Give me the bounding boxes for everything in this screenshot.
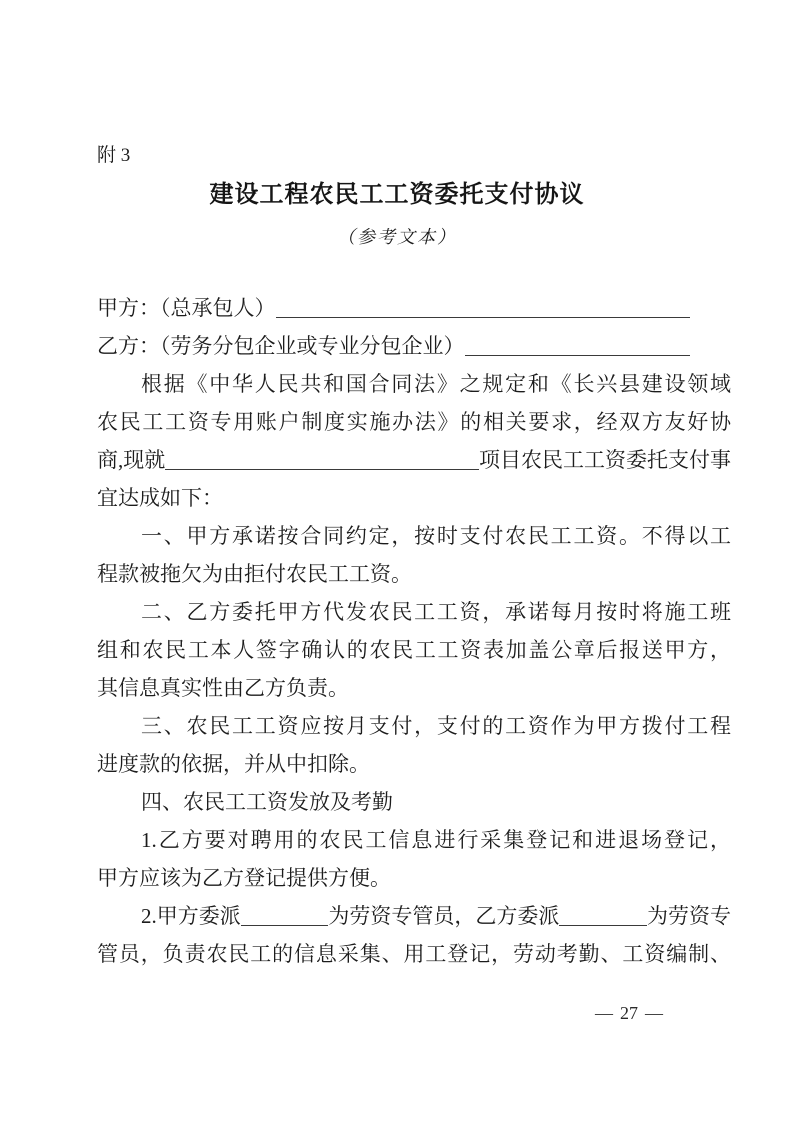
clause-2-line-2: 组和农民工本人签字确认的农民工工资表加盖公章后报送甲方， (97, 631, 731, 669)
clause-2-line-3: 其信息真实性由乙方负责。 (97, 669, 731, 707)
clause-1-line-1: 一、甲方承诺按合同约定，按时支付农民工工资。不得以工 (97, 517, 731, 555)
page-footer: — 27 — (595, 1001, 663, 1025)
clause-4-item-1-line-2: 甲方应该为乙方登记提供方便。 (97, 859, 731, 897)
clause-4-item-2-seg-3: 为劳资专 (647, 897, 731, 935)
preamble-line-2: 农民工工资专用账户制度实施办法》的相关要求，经双方友好协 (97, 403, 731, 441)
clause-4-item-2-seg-2: 为劳资专管员，乙方委派 (328, 897, 559, 935)
preamble-line-1: 根据《中华人民共和国合同法》之规定和《长兴县建设领域 (97, 365, 731, 403)
footer-dash-left: — (595, 1001, 613, 1025)
clause-1-line-2: 程款被拖欠为由拒付农民工工资。 (97, 555, 731, 593)
preamble-line-3-after: 项目农民工工资委托支付事 (479, 441, 731, 479)
doc-body: 甲方：（总承包人） 乙方：（劳务分包企业或专业分包企业） 根据《中华人民共和国合… (97, 289, 731, 973)
party-a-blank-line (276, 289, 691, 318)
attachment-label: 附 3 (97, 143, 130, 169)
project-name-blank-line (165, 441, 479, 470)
preamble-line-3: 商,现就 项目农民工工资委托支付事 (97, 441, 731, 479)
party-b-label: 乙方：（劳务分包企业或专业分包企业） (97, 327, 465, 365)
clause-4-heading: 四、农民工工资发放及考勤 (97, 783, 731, 821)
party-b-supervisor-blank-line (559, 897, 647, 926)
doc-subtitle: （参考文本） (0, 224, 794, 250)
party-a-label: 甲方：（总承包人） (97, 289, 276, 327)
clause-4-item-1-line-1: 1.乙方要对聘用的农民工信息进行采集登记和进退场登记， (97, 821, 731, 859)
clause-4-item-2-line-1: 2.甲方委派 为劳资专管员，乙方委派 为劳资专 (97, 897, 731, 935)
page-number: 27 (620, 1001, 638, 1025)
preamble-line-4: 宜达成如下： (97, 479, 731, 517)
party-b-line: 乙方：（劳务分包企业或专业分包企业） (97, 327, 690, 365)
clause-3-line-1: 三、农民工工资应按月支付，支付的工资作为甲方拨付工程 (97, 707, 731, 745)
document-page: 附 3 建设工程农民工工资委托支付协议 （参考文本） 甲方：（总承包人） 乙方：… (0, 0, 794, 1123)
party-b-blank-line (465, 327, 691, 356)
party-a-line: 甲方：（总承包人） (97, 289, 690, 327)
party-a-supervisor-blank-line (241, 897, 329, 926)
clause-4-item-2-line-2: 管员，负责农民工的信息采集、用工登记，劳动考勤、工资编制、 (97, 935, 731, 973)
clause-4-item-2-seg-1: 2.甲方委派 (141, 897, 241, 935)
preamble-line-3-before: 商,现就 (97, 441, 165, 479)
page-title: 建设工程农民工工资委托支付协议 (0, 178, 794, 212)
clause-2-line-1: 二、乙方委托甲方代发农民工工资，承诺每月按时将施工班 (97, 593, 731, 631)
footer-dash-right: — (645, 1001, 663, 1025)
clause-3-line-2: 进度款的依据，并从中扣除。 (97, 745, 731, 783)
